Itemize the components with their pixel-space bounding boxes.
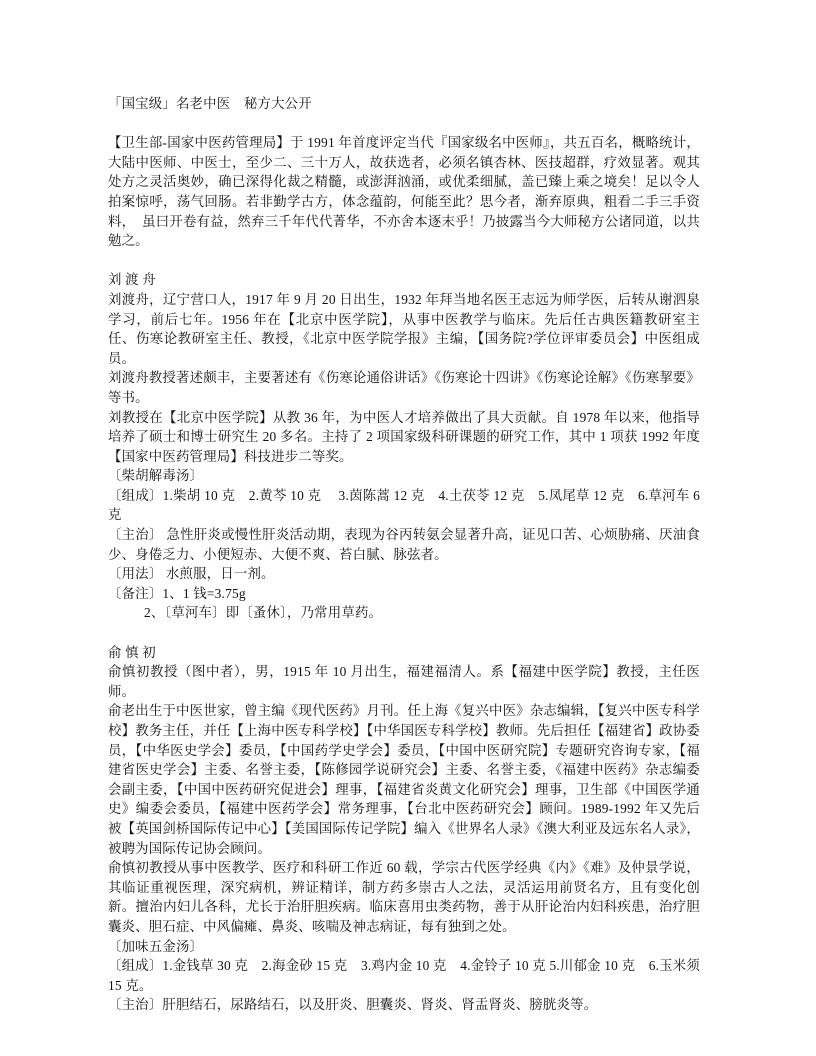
doctor-name-heading: 俞 慎 初 [108,643,700,663]
document-page: 「国宝级」名老中医 秘方大公开 【卫生部-国家中医药管理局】于 1991 年首度… [108,94,700,1015]
bio-paragraph: 俞慎初教授从事中医教学、医疗和科研工作近 60 载，学宗古代医学经典《内》《难》… [108,858,700,936]
bio-paragraph: 俞慎初教授（图中者），男，1915 年 10 月出生，福建福清人。系【福建中医学… [108,662,700,701]
formula-name: 〔加味五金汤〕 [108,937,700,957]
bio-paragraph: 刘教授在【北京中医学院】从教 36 年，为中医人才培养做出了具大贡献。自 197… [108,408,700,467]
intro-paragraph: 【卫生部-国家中医药管理局】于 1991 年首度评定当代『国家级名中医师』，共五… [108,133,700,251]
document-title: 「国宝级」名老中医 秘方大公开 [108,94,700,114]
formula-note: 〔备注〕1、1 钱=3.75g [108,584,700,604]
bio-paragraph: 刘渡舟，辽宁营口人，1917 年 9 月 20 日出生，1932 年拜当地名医王… [108,290,700,368]
formula-name: 〔柴胡解毒汤〕 [108,466,700,486]
formula-indication: 〔主治〕肝胆结石，尿路结石，以及肝炎、胆囊炎、肾炎、肾盂肾炎、膀胱炎等。 [108,995,700,1015]
doctor-section-yu-shenchu: 俞 慎 初 俞慎初教授（图中者），男，1915 年 10 月出生，福建福清人。系… [108,643,700,1015]
bio-paragraph: 俞老出生于中医世家，曾主编《现代医药》月刊。任上海《复兴中医》杂志编辑，【复兴中… [108,701,700,858]
doctor-name-heading: 刘 渡 舟 [108,270,700,290]
formula-usage: 〔用法〕 水煎服，日一剂。 [108,564,700,584]
spacer [108,114,700,134]
bio-paragraph: 刘渡舟教授著述颇丰，主要著述有《伤寒论通俗讲话》《伤寒论十四讲》《伤寒论诠解》《… [108,368,700,407]
formula-note: 2、〔草河车〕即〔蚤休〕，乃常用草药。 [108,603,700,623]
spacer [108,623,700,643]
spacer [108,251,700,271]
formula-composition: 〔组成〕1.金钱草 30 克 2.海金砂 15 克 3.鸡内金 10 克 4.金… [108,956,700,995]
doctor-section-liu-duzhou: 刘 渡 舟 刘渡舟，辽宁营口人，1917 年 9 月 20 日出生，1932 年… [108,270,700,623]
formula-composition: 〔组成〕1.柴胡 10 克 2.黄芩 10 克 3.茵陈蒿 12 克 4.土茯苓… [108,486,700,525]
formula-indication: 〔主治〕 急性肝炎或慢性肝炎活动期，表现为谷丙转氨会显著升高，证见口苦、心烦胁痛… [108,525,700,564]
